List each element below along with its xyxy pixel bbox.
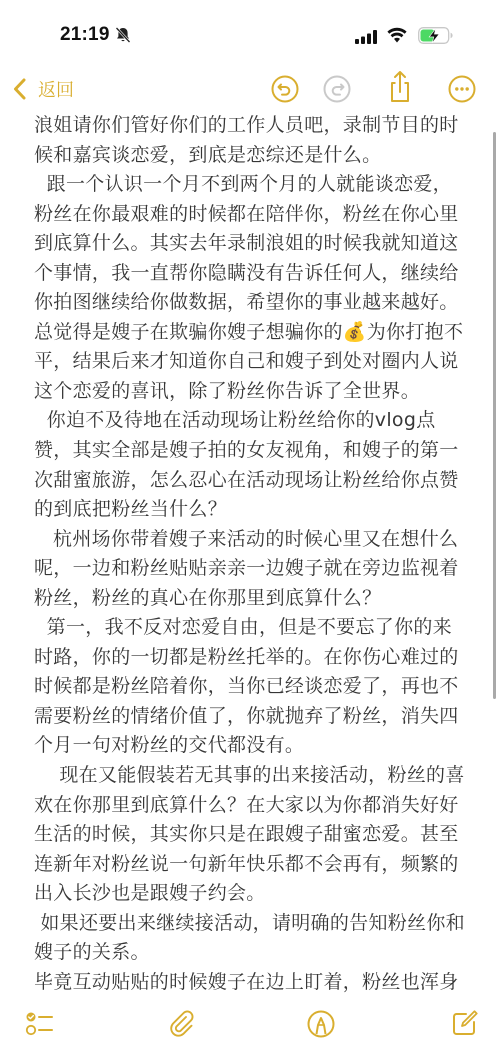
note-line: 呢，一边和粉丝贴贴亲亲一边嫂子就在旁边监视着 [34, 554, 464, 584]
note-body[interactable]: 浪姐请你们管好你们的工作人员吧，录制节目的时 候和嘉宾谈恋爱，到底是恋综还是什么… [34, 111, 464, 997]
note-line: 欢在你那里到底算什么？在大家以为你都消失好好 [34, 791, 464, 821]
note-line: 个月一句对粉丝的交代都没有。 [34, 731, 464, 761]
undo-icon[interactable] [270, 74, 300, 104]
redo-icon[interactable] [322, 74, 352, 104]
note-line: 赞，其实全部是嫂子拍的女友视角，和嫂子的第一 [34, 436, 464, 466]
note-line: 粉丝，粉丝的真心在你那里到底算什么？ [34, 584, 464, 614]
note-line: 候和嘉宾谈恋爱，到底是恋综还是什么。 [34, 141, 464, 171]
note-line: 总觉得是嫂子在欺骗你嫂子想骗你的💰为你打抱不 [34, 318, 464, 348]
note-line: 连新年对粉丝说一句新年快乐都不会再有，频繁的 [34, 850, 464, 880]
note-line: 杭州场你带着嫂子来活动的时候心里又在想什么 [34, 525, 464, 555]
note-line: 毕竟互动贴贴的时候嫂子在边上盯着，粉丝也浑身 [34, 968, 464, 998]
bell-slash-icon [114, 26, 132, 44]
note-line: 生活的时候，其实你只是在跟嫂子甜蜜恋爱。甚至 [34, 820, 464, 850]
back-label: 返回 [38, 76, 74, 102]
note-line: 嫂子的关系。 [34, 938, 464, 968]
battery-charging-icon [418, 27, 454, 44]
note-line: 出入长沙也是跟嫂子约会。 [34, 879, 464, 909]
compose-icon[interactable] [449, 1009, 479, 1039]
status-bar: 21:19 [0, 0, 500, 60]
note-line: 你迫不及待地在活动现场让粉丝给你的vlog点 [34, 406, 464, 436]
note-line: 现在又能假装若无其事的出来接活动，粉丝的喜 [34, 761, 464, 791]
note-line: 跟一个认识一个月不到两个月的人就能谈恋爱， [34, 170, 464, 200]
note-line: 你拍图继续给你做数据，希望你的事业越来越好。 [34, 288, 464, 318]
chevron-left-icon [12, 77, 28, 101]
markup-pen-icon[interactable] [306, 1009, 336, 1039]
checklist-icon[interactable] [25, 1009, 55, 1039]
scrollbar[interactable] [493, 132, 496, 699]
note-line: 浪姐请你们管好你们的工作人员吧，录制节目的时 [34, 111, 464, 141]
note-line: 到底算什么。其实去年录制浪姐的时候我就知道这 [34, 229, 464, 259]
note-line: 时候都是粉丝陪着你，当你已经谈恋爱了，再也不 [34, 672, 464, 702]
note-line: 第一，我不反对恋爱自由，但是不要忘了你的来 [34, 613, 464, 643]
note-line: 如果还要出来继续接活动，请明确的告知粉丝你和 [34, 909, 464, 939]
cellular-signal-icon [355, 30, 379, 44]
back-button[interactable]: 返回 [12, 74, 74, 104]
note-line: 次甜蜜旅游，怎么忍心在活动现场让粉丝给你点赞 [34, 466, 464, 496]
paperclip-icon[interactable] [167, 1009, 197, 1039]
note-line: 粉丝在你最艰难的时候都在陪伴你，粉丝在你心里 [34, 200, 464, 230]
note-line: 时路，你的一切都是粉丝托举的。在你伤心难过的 [34, 643, 464, 673]
wifi-icon [387, 27, 407, 43]
note-line: 平，结果后来才知道你自己和嫂子到处对圈内人说 [34, 347, 464, 377]
more-icon[interactable] [447, 74, 477, 104]
navigation-bar: 返回 [0, 66, 500, 112]
share-icon[interactable] [385, 70, 415, 104]
note-line: 个事情，我一直帮你隐瞒没有告诉任何人，继续给 [34, 259, 464, 289]
note-line: 的到底把粉丝当什么？ [34, 495, 464, 525]
note-line: 需要粉丝的情绪价值了，你就抛弃了粉丝，消失四 [34, 702, 464, 732]
note-line: 这个恋爱的喜讯，除了粉丝你告诉了全世界。 [34, 377, 464, 407]
bottom-toolbar [0, 1005, 500, 1051]
status-time: 21:19 [60, 24, 110, 46]
